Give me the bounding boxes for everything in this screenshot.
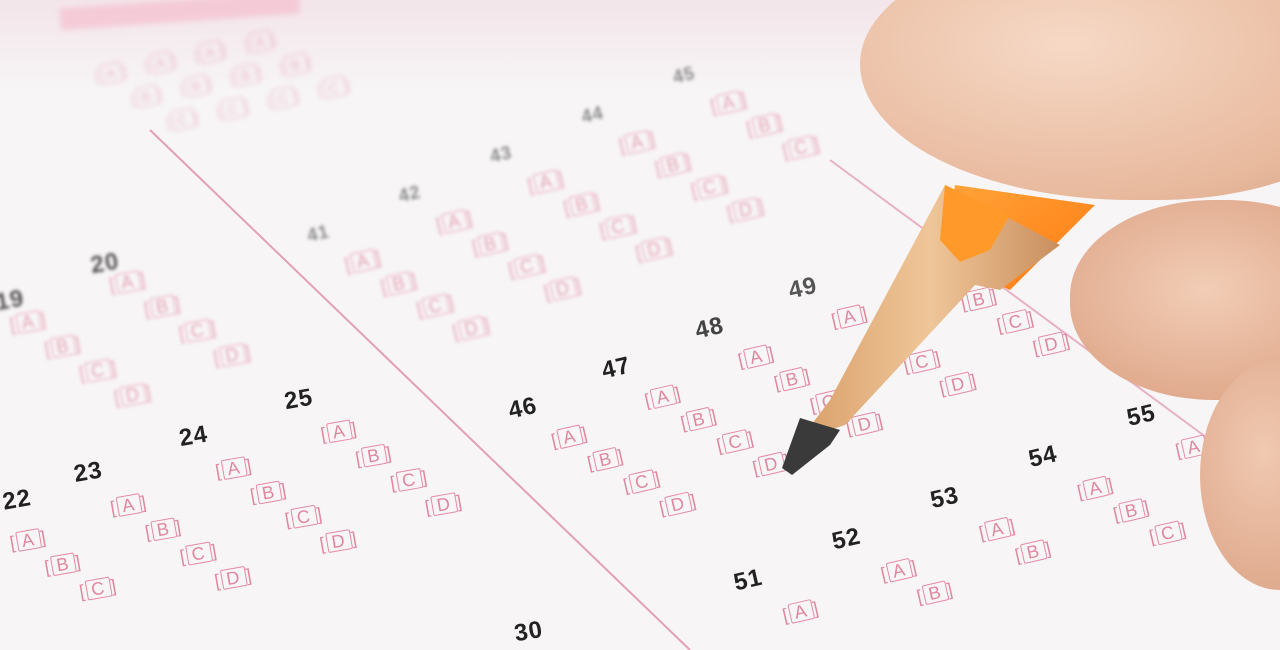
question-number: 30 <box>512 616 546 650</box>
bubble-d[interactable]: [D] <box>725 202 741 233</box>
bubble-d[interactable]: [D] <box>1031 336 1047 367</box>
